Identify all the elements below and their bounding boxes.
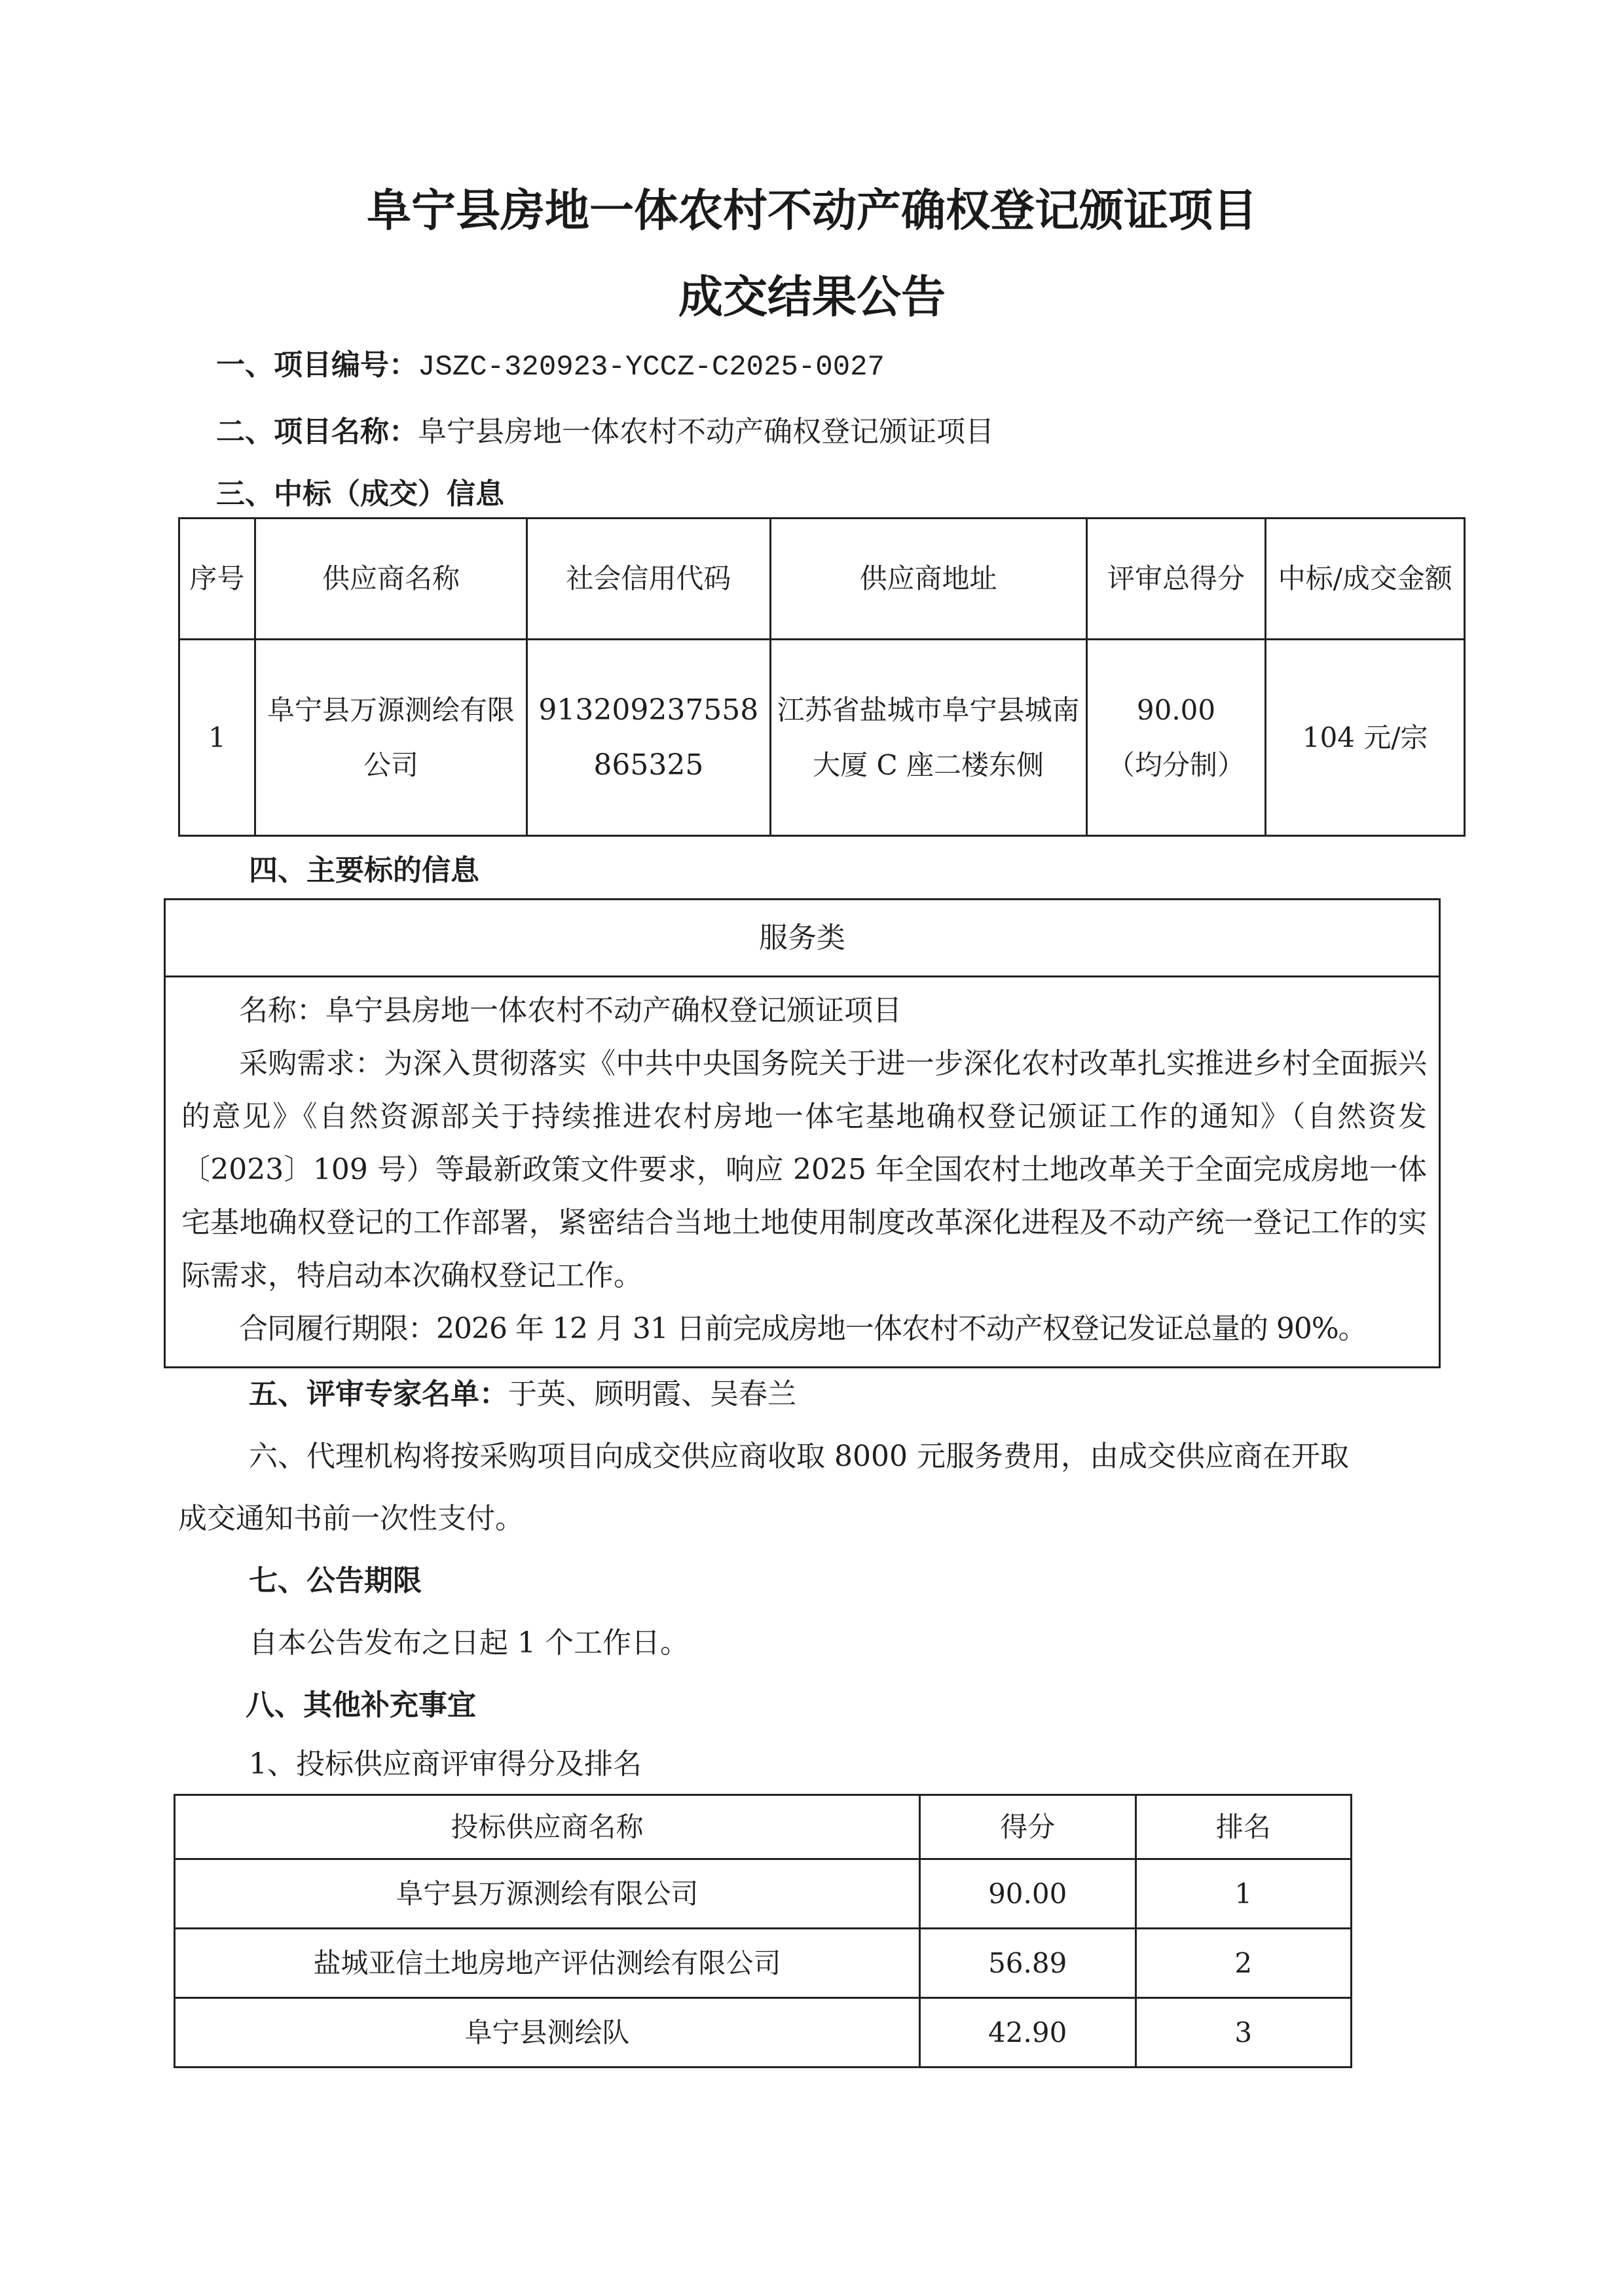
- cell-score: 42.90: [919, 1998, 1135, 2068]
- section-agency-fee-line2: 成交通知书前一次性支付。: [178, 1499, 524, 1539]
- section-notice-period-heading: 七、公告期限: [249, 1561, 422, 1601]
- experts-value: 于英、顾明霞、吴春兰: [508, 1377, 796, 1411]
- cell-score: 56.89: [919, 1929, 1135, 1998]
- cell-rank: 1: [1135, 1859, 1352, 1929]
- award-table: 序号 供应商名称 社会信用代码 供应商地址 评审总得分 中标/成交金额 1 阜宁…: [178, 517, 1466, 837]
- header-bidder-name: 投标供应商名称: [175, 1795, 920, 1859]
- cell-bidder-name: 阜宁县万源测绘有限公司: [175, 1859, 920, 1929]
- cell-bidder-name: 阜宁县测绘队: [175, 1998, 920, 2068]
- project-name-value: 阜宁县房地一体农村不动产确权登记颁证项目: [418, 415, 994, 448]
- subject-info-box: 服务类 名称：阜宁县房地一体农村不动产确权登记颁证项目 采购需求：为深入贯彻落实…: [164, 898, 1441, 1368]
- section-label: 五、评审专家名单：: [249, 1377, 508, 1411]
- header-score: 得分: [919, 1795, 1135, 1859]
- table-row: 阜宁县万源测绘有限公司 90.00 1: [175, 1859, 1352, 1929]
- table-row: 盐城亚信土地房地产评估测绘有限公司 56.89 2: [175, 1929, 1352, 1998]
- score-note: （均分制）: [1092, 738, 1261, 793]
- cell-address: 江苏省盐城市阜宁县城南大厦 C 座二楼东侧: [770, 640, 1086, 836]
- section-award-info-heading: 三、中标（成交）信息: [216, 475, 504, 514]
- document-subtitle: 成交结果公告: [0, 262, 1624, 325]
- project-number-value: JSZC-320923-YCCZ-C2025-0027: [418, 351, 885, 384]
- section-label: 一、项目编号：: [216, 348, 418, 382]
- cell-score: 90.00 （均分制）: [1086, 640, 1266, 836]
- header-amount: 中标/成交金额: [1266, 519, 1465, 640]
- table-row: 1 阜宁县万源测绘有限公司 913209237558865325 江苏省盐城市阜…: [179, 640, 1465, 836]
- header-address: 供应商地址: [770, 519, 1086, 640]
- subject-category: 服务类: [166, 900, 1439, 977]
- ranking-table: 投标供应商名称 得分 排名 阜宁县万源测绘有限公司 90.00 1 盐城亚信土地…: [174, 1794, 1352, 2068]
- cell-rank: 3: [1135, 1998, 1352, 2068]
- cell-bidder-name: 盐城亚信土地房地产评估测绘有限公司: [175, 1929, 920, 1998]
- subject-details: 名称：阜宁县房地一体农村不动产确权登记颁证项目 采购需求：为深入贯彻落实《中共中…: [166, 977, 1439, 1355]
- score-value: 90.00: [1092, 683, 1261, 738]
- cell-supplier: 阜宁县万源测绘有限公司: [255, 640, 526, 836]
- subject-contract-period: 合同履行期限：2026 年 12 月 31 日前完成房地一体农村不动产权登记发证…: [181, 1302, 1427, 1355]
- award-table-header: 序号 供应商名称 社会信用代码 供应商地址 评审总得分 中标/成交金额: [179, 519, 1465, 640]
- subject-name: 名称：阜宁县房地一体农村不动产确权登记颁证项目: [181, 984, 1427, 1037]
- header-rank: 排名: [1135, 1795, 1352, 1859]
- section-project-name: 二、项目名称：阜宁县房地一体农村不动产确权登记颁证项目: [216, 412, 994, 452]
- header-supplier: 供应商名称: [255, 519, 526, 640]
- cell-index: 1: [179, 640, 255, 836]
- subject-requirement: 采购需求：为深入贯彻落实《中共中央国务院关于进一步深化农村改革扎实推进乡村全面振…: [181, 1037, 1427, 1302]
- document-title: 阜宁县房地一体农村不动产确权登记颁证项目: [0, 175, 1624, 239]
- ranking-subheading: 1、投标供应商评审得分及排名: [249, 1745, 642, 1784]
- cell-credit-code: 913209237558865325: [527, 640, 770, 836]
- section-project-number: 一、项目编号：JSZC-320923-YCCZ-C2025-0027: [216, 346, 885, 387]
- table-row: 阜宁县测绘队 42.90 3: [175, 1998, 1352, 2068]
- cell-amount: 104 元/宗: [1266, 640, 1465, 836]
- header-index: 序号: [179, 519, 255, 640]
- header-credit-code: 社会信用代码: [527, 519, 770, 640]
- header-score: 评审总得分: [1086, 519, 1266, 640]
- cell-rank: 2: [1135, 1929, 1352, 1998]
- section-label: 二、项目名称：: [216, 415, 418, 448]
- section-subject-heading: 四、主要标的信息: [249, 851, 479, 890]
- ranking-table-header: 投标供应商名称 得分 排名: [175, 1795, 1352, 1859]
- section-experts: 五、评审专家名单：于英、顾明霞、吴春兰: [249, 1375, 796, 1414]
- section-other-heading: 八、其他补充事宜: [246, 1686, 476, 1725]
- cell-score: 90.00: [919, 1859, 1135, 1929]
- section-agency-fee-line1: 六、代理机构将按采购项目向成交供应商收取 8000 元服务费用，由成交供应商在开…: [249, 1437, 1349, 1476]
- notice-period-value: 自本公告发布之日起 1 个工作日。: [249, 1624, 689, 1663]
